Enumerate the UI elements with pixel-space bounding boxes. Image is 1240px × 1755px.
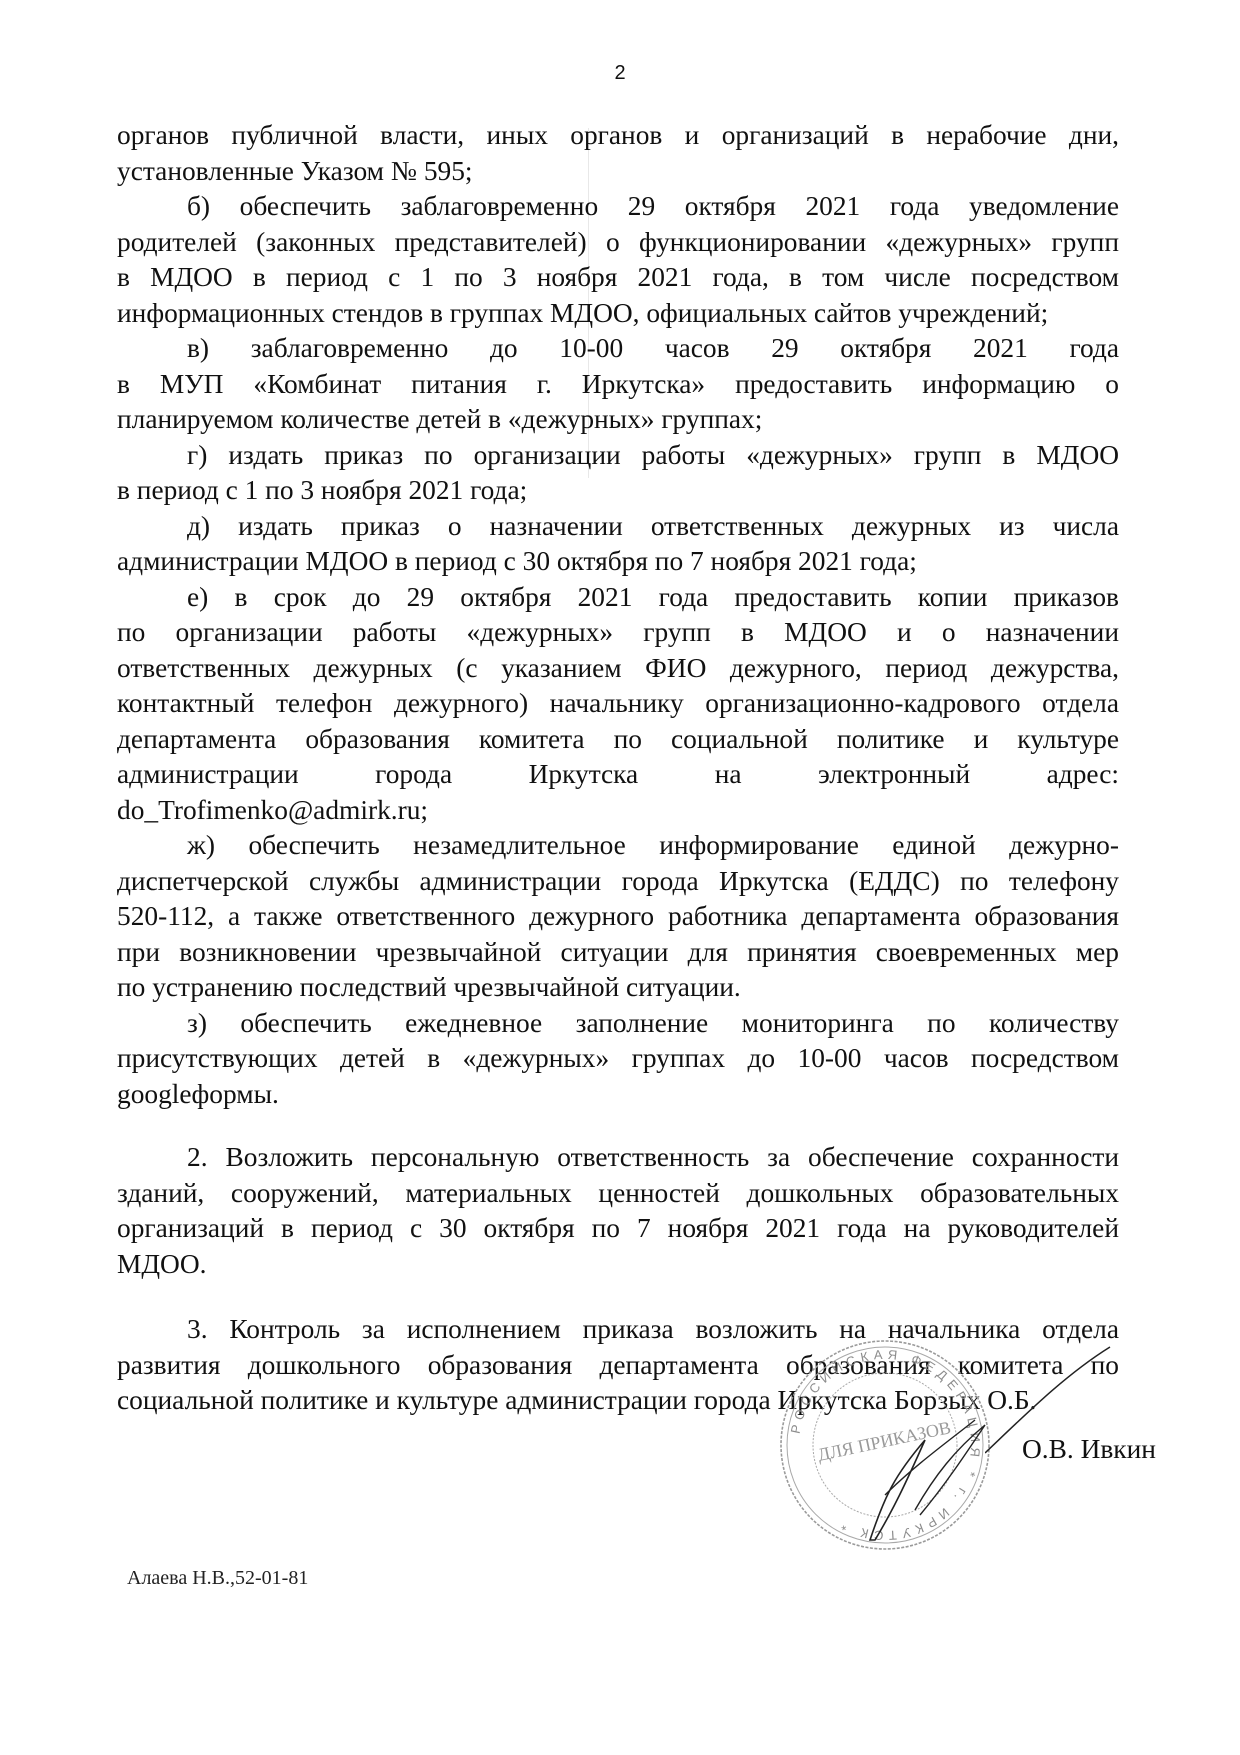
text-line: департамента образования комитета по соц…	[117, 722, 1119, 758]
paragraph-section-2: 2. Возложить персональную ответственност…	[117, 1140, 1119, 1282]
signatory-name: О.В. Ивкин	[1022, 1434, 1156, 1465]
document-body: органов публичной власти, иных органов и…	[117, 118, 1119, 1419]
page-number: 2	[0, 62, 1240, 85]
text-line: г) издать приказ по организации работы «…	[117, 438, 1119, 474]
paragraph-list-items: органов публичной власти, иных органов и…	[117, 118, 1119, 1112]
text-line: МДОО.	[117, 1247, 1119, 1283]
text-line: в период с 1 по 3 ноября 2021 года;	[117, 473, 1119, 509]
text-line: информационных стендов в группах МДОО, о…	[117, 296, 1119, 332]
text-line: do_Trofimenko@admirk.ru;	[117, 793, 1119, 829]
text-line: развития дошкольного образования департа…	[117, 1348, 1119, 1384]
text-line: в МУП «Комбинат питания г. Иркутска» пре…	[117, 367, 1119, 403]
text-line: контактный телефон дежурного) начальнику…	[117, 686, 1119, 722]
text-line: установленные Указом № 595;	[117, 154, 1119, 190]
text-line: googleформы.	[117, 1077, 1119, 1113]
text-line: администрации города Иркутска на электро…	[117, 757, 1119, 793]
spacer	[117, 1282, 1119, 1312]
text-line: социальной политике и культуре администр…	[117, 1383, 1119, 1419]
text-line: в) заблаговременно до 10-00 часов 29 окт…	[117, 331, 1119, 367]
text-line: ж) обеспечить незамедлительное информиро…	[117, 828, 1119, 864]
paragraph-section-3: 3. Контроль за исполнением приказа возло…	[117, 1312, 1119, 1419]
text-line: по организации работы «дежурных» групп в…	[117, 615, 1119, 651]
text-line: е) в срок до 29 октября 2021 года предос…	[117, 580, 1119, 616]
text-line: 3. Контроль за исполнением приказа возло…	[117, 1312, 1119, 1348]
text-line: б) обеспечить заблаговременно 29 октября…	[117, 189, 1119, 225]
svg-text:ДЛЯ ПРИКАЗОВ: ДЛЯ ПРИКАЗОВ	[816, 1417, 953, 1465]
text-line: д) издать приказ о назначении ответствен…	[117, 509, 1119, 545]
text-line: зданий, сооружений, материальных ценност…	[117, 1176, 1119, 1212]
text-line: з) обеспечить ежедневное заполнение мони…	[117, 1006, 1119, 1042]
text-line: ответственных дежурных (с указанием ФИО …	[117, 651, 1119, 687]
text-line: планируемом количестве детей в «дежурных…	[117, 402, 1119, 438]
spacer	[117, 1112, 1119, 1140]
text-line: родителей (законных представителей) о фу…	[117, 225, 1119, 261]
text-line: по устранению последствий чрезвычайной с…	[117, 970, 1119, 1006]
text-line: в МДОО в период с 1 по 3 ноября 2021 год…	[117, 260, 1119, 296]
text-line: администрации МДОО в период с 30 октября…	[117, 544, 1119, 580]
executor-contact: Алаева Н.В.,52-01-81	[127, 1567, 308, 1590]
text-line: присутствующих детей в «дежурных» группа…	[117, 1041, 1119, 1077]
text-line: 520-112, а также ответственного дежурног…	[117, 899, 1119, 935]
text-line: при возникновении чрезвычайной ситуации …	[117, 935, 1119, 971]
text-line: организаций в период с 30 октября по 7 н…	[117, 1211, 1119, 1247]
text-line: органов публичной власти, иных органов и…	[117, 118, 1119, 154]
text-line: диспетчерской службы администрации город…	[117, 864, 1119, 900]
text-line: 2. Возложить персональную ответственност…	[117, 1140, 1119, 1176]
